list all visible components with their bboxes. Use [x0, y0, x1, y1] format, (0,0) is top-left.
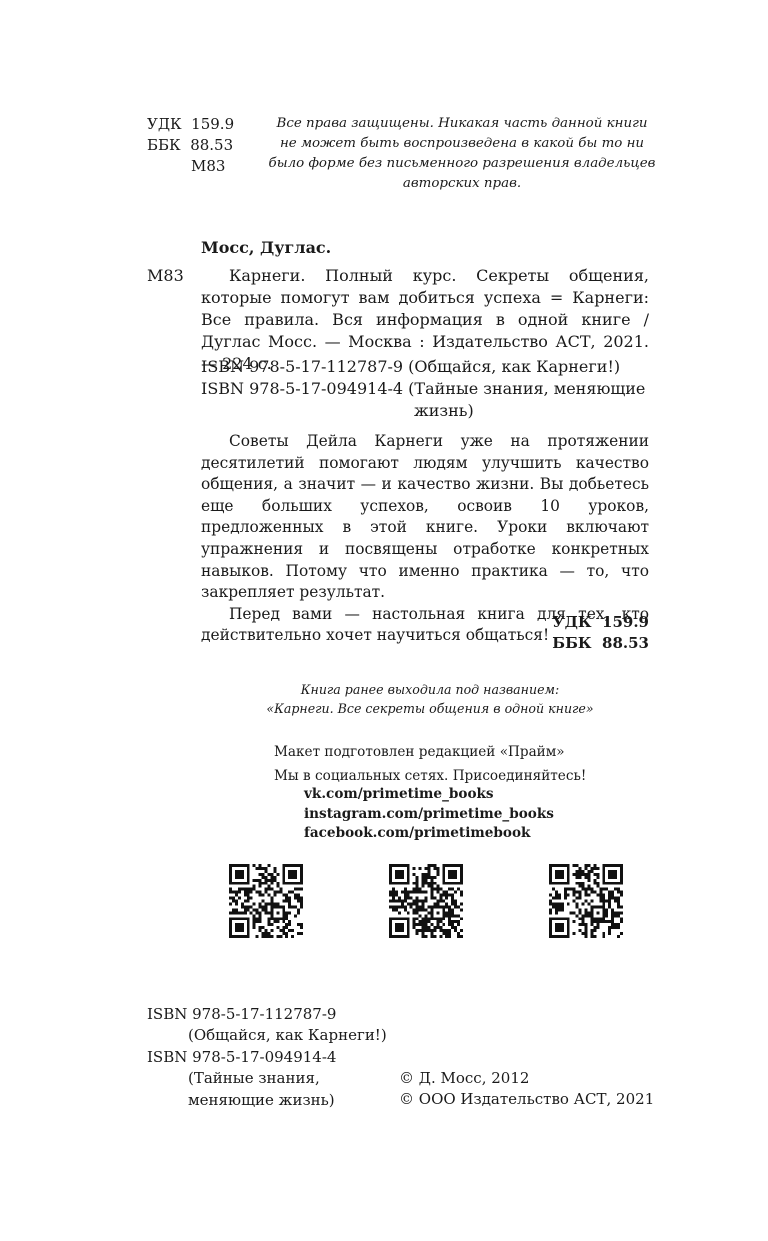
- udk-code: УДК 159.9: [552, 612, 649, 633]
- isbn-series: меняющие жизнь): [147, 1090, 387, 1111]
- facebook-link[interactable]: facebook.com/primetimebook: [304, 824, 554, 844]
- copyright-author: © Д. Мосс, 2012: [399, 1068, 654, 1089]
- qr-code-instagram: [389, 864, 463, 938]
- qr-code-icon: [229, 864, 303, 938]
- social-heading: Мы в социальных сетях. Присоединяйтесь!: [274, 766, 586, 786]
- vk-link[interactable]: vk.com/primetime_books: [304, 785, 554, 805]
- isbn-line: ISBN 978-5-17-094914-4 (Тайные знания, м…: [201, 378, 649, 400]
- author-code-left: М83: [147, 265, 184, 287]
- isbn-line: ISBN 978-5-17-112787-9 (Общайся, как Кар…: [201, 356, 649, 378]
- previous-title-value: «Карнеги. Все секреты общения в одной кн…: [230, 699, 630, 718]
- qr-code-icon: [549, 864, 623, 938]
- author-code: М83: [147, 156, 234, 177]
- classification-codes-right: УДК 159.9 ББК 88.53: [552, 612, 649, 654]
- bbk-code: ББК 88.53: [552, 633, 649, 654]
- isbn-number: ISBN 978-5-17-112787-9: [147, 1004, 387, 1025]
- rights-notice: Все права защищены. Никакая часть данной…: [268, 114, 656, 194]
- bbk-code: ББК 88.53: [147, 135, 234, 156]
- imprint-isbn: ISBN 978-5-17-112787-9 (Общайся, как Кар…: [147, 1004, 387, 1111]
- isbn-number: ISBN 978-5-17-094914-4: [147, 1047, 387, 1068]
- copyright-publisher: © ООО Издательство АСТ, 2021: [399, 1089, 654, 1110]
- isbn-list-top: ISBN 978-5-17-112787-9 (Общайся, как Кар…: [201, 356, 649, 422]
- udk-code: УДК 159.9: [147, 114, 234, 135]
- qr-code-vk: [229, 864, 303, 938]
- previous-title-label: Книга ранее выходила под названием:: [230, 680, 630, 699]
- social-links: vk.com/primetime_books instagram.com/pri…: [304, 785, 554, 844]
- isbn-line-continuation: жизнь): [201, 400, 649, 422]
- annotation-paragraph: Советы Дейла Карнеги уже на протяжении д…: [201, 431, 649, 604]
- qr-code-facebook: [549, 864, 623, 938]
- classification-codes-top: УДК 159.9 ББК 88.53 М83: [147, 114, 234, 177]
- instagram-link[interactable]: instagram.com/primetime_books: [304, 805, 554, 825]
- isbn-series: (Тайные знания,: [147, 1068, 387, 1089]
- qr-code-icon: [389, 864, 463, 938]
- isbn-series: (Общайся, как Карнеги!): [147, 1025, 387, 1046]
- previous-title-note: Книга ранее выходила под названием: «Кар…: [230, 680, 630, 718]
- layout-note: Макет подготовлен редакцией «Прайм»: [274, 742, 565, 762]
- author-heading: Мосс, Дуглас.: [201, 238, 331, 258]
- copyright-block: © Д. Мосс, 2012 © ООО Издательство АСТ, …: [399, 1068, 654, 1111]
